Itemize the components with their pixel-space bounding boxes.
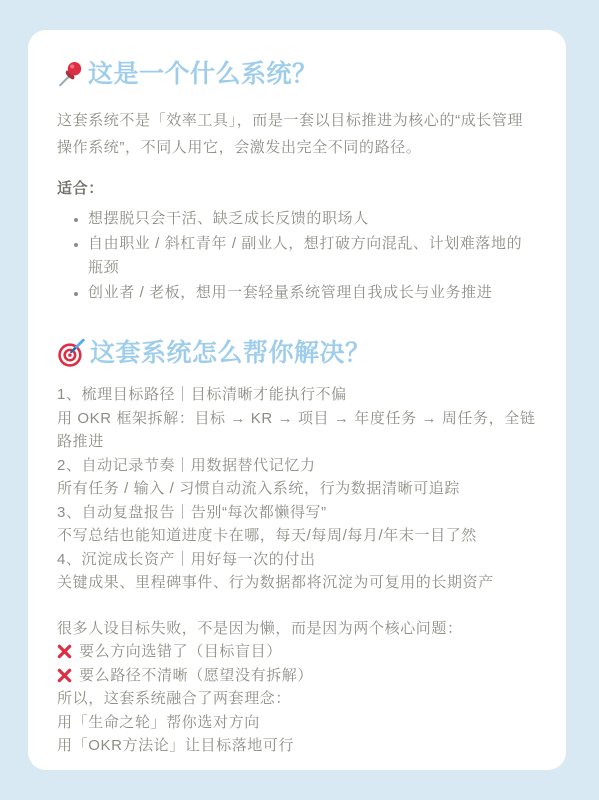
list-item: 自由职业 / 斜杠青年 / 副业人，想打破方向混乱、计划难落地的瓶颈: [88, 232, 537, 281]
cross-mark-icon: [57, 644, 72, 659]
pushpin-icon: [57, 60, 85, 88]
solve-point: 1、梳理目标路径｜目标清晰才能执行不偏: [57, 383, 537, 407]
list-item: 创业者 / 老板，想用一套轻量系统管理自我成长与业务推进: [88, 281, 537, 306]
solve-point: 所有任务 / 输入 / 习惯自动流入系统，行为数据清晰可追踪: [57, 477, 537, 501]
solve-point: 2、自动记录节奏｜用数据替代记忆力: [57, 454, 537, 478]
solve-point: 关键成果、里程碑事件、行为数据都将沉淀为可复用的长期资产: [57, 571, 537, 595]
problem-intro: 很多人设目标失败，不是因为懒，而是因为两个核心问题：: [57, 617, 537, 641]
problem-block: 很多人设目标失败，不是因为懒，而是因为两个核心问题： 要么方向选错了（目标盲目）…: [57, 617, 537, 758]
page-background: 这是一个什么系统？ 这套系统不是「效率工具」，而是一套以目标推进为核心的“成长管…: [0, 0, 599, 800]
fit-label: 适合：: [57, 178, 537, 200]
cross-mark-icon: [57, 668, 72, 683]
section-solve-title: 这套系统怎么帮你解决？: [90, 337, 371, 369]
conclusion-line: 所以，这套系统融合了两套理念：: [57, 687, 537, 711]
conclusion-line: 用「OKR方法论」让目标落地可行: [57, 734, 537, 758]
problem-item: 要么方向选错了（目标盲目）: [57, 640, 537, 664]
list-item: 想摆脱只会干活、缺乏成长反馈的职场人: [88, 207, 537, 232]
problem-text: 要么路径不清晰（愿望没有拆解）: [79, 664, 313, 688]
section-solve-heading: 这套系统怎么帮你解决？: [57, 337, 537, 369]
solve-points: 1、梳理目标路径｜目标清晰才能执行不偏 用 OKR 框架拆解：目标 → KR →…: [57, 383, 537, 595]
solve-point: 用 OKR 框架拆解：目标 → KR → 项目 → 年度任务 → 周任务，全链路…: [57, 407, 537, 454]
section-what-title: 这是一个什么系统？: [88, 58, 318, 90]
solve-point: 不写总结也能知道进度卡在哪，每天/每周/每月/年末一目了然: [57, 524, 537, 548]
solve-point: 3、自动复盘报告｜告别“每次都懒得写”: [57, 501, 537, 525]
intro-paragraph: 这套系统不是「效率工具」，而是一套以目标推进为核心的“成长管理操作系统”，不同人…: [57, 107, 537, 161]
content-card: 这是一个什么系统？ 这套系统不是「效率工具」，而是一套以目标推进为核心的“成长管…: [28, 30, 566, 770]
conclusion-line: 用「生命之轮」帮你选对方向: [57, 711, 537, 735]
section-what-heading: 这是一个什么系统？: [57, 58, 537, 90]
problem-item: 要么路径不清晰（愿望没有拆解）: [57, 664, 537, 688]
solve-point: 4、沉淀成长资产｜用好每一次的付出: [57, 548, 537, 572]
problem-text: 要么方向选错了（目标盲目）: [79, 640, 282, 664]
fit-list: 想摆脱只会干活、缺乏成长反馈的职场人 自由职业 / 斜杠青年 / 副业人，想打破…: [57, 207, 537, 305]
dartboard-icon: [57, 338, 87, 368]
